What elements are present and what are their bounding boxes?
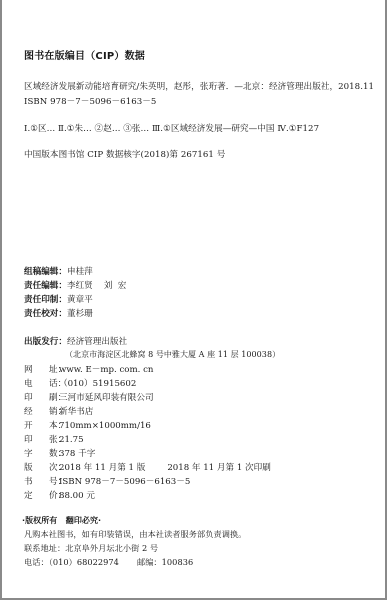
staff-value: 李红贤 刘 宏 xyxy=(67,281,126,291)
info-website: 网址：www. E－mp. com. cn xyxy=(24,363,153,375)
info-key: 书 xyxy=(24,475,49,487)
info-value: 2018 年 11 月第 1 版 xyxy=(59,463,145,473)
info-sheets: 印张：21.75 xyxy=(24,433,84,445)
publisher-label: 出版发行： xyxy=(24,337,67,347)
cip-catalog-number: 中国版本图书馆 CIP 数据核字(2018)第 267161 号 xyxy=(24,148,225,160)
info-printer: 印刷：三河市延风印装有限公司 xyxy=(24,391,154,403)
info-value: （010）51915602 xyxy=(59,379,136,389)
info-key: 址： xyxy=(49,363,59,375)
info-key: 定 xyxy=(24,489,49,501)
info-value: 21.75 xyxy=(59,435,84,445)
info-key: 印 xyxy=(24,391,49,403)
copyright-page: 图书在版编目（CIP）数据 区域经济发展新动能培育研究/朱英明，赵彤，张珩著．—… xyxy=(0,0,387,600)
info-key: 开 xyxy=(24,419,49,431)
info-phone: 电话：（010）51915602 xyxy=(24,377,136,389)
staff-label: 责任编辑： xyxy=(24,281,67,291)
contact-phone-postcode: 电话：（010）68022974邮编：100836 xyxy=(24,557,193,568)
info-key: 张： xyxy=(49,433,59,445)
info-value: 88.00 元 xyxy=(59,491,95,501)
info-key: 销： xyxy=(49,405,59,417)
info-distributor: 经销：新华书店 xyxy=(24,405,93,417)
info-isbn: 书号：ISBN 978－7－5096－6163－5 xyxy=(24,475,190,487)
staff-acquisition-editor: 组稿编辑：申桂萍 xyxy=(24,265,93,277)
info-value: ISBN 978－7－5096－6163－5 xyxy=(59,477,190,487)
staff-label: 责任校对： xyxy=(24,309,67,319)
staff-value: 黄章平 xyxy=(67,295,93,305)
contact-address: 联系地址：北京阜外月坛北小街 2 号 xyxy=(24,543,158,554)
staff-label: 责任印制： xyxy=(24,295,67,305)
info-key: 号： xyxy=(49,475,59,487)
cip-title: 图书在版编目（CIP）数据 xyxy=(24,47,145,62)
info-key: 次： xyxy=(49,461,59,473)
staff-print-supervisor: 责任印制：黄章平 xyxy=(24,293,93,305)
publisher-name: 经济管理出版社 xyxy=(67,337,127,347)
copyright-heading: ·版权所有 翻印必究· xyxy=(22,515,101,526)
info-key: 版 xyxy=(24,461,49,473)
info-key: 印 xyxy=(24,433,49,445)
info-edition: 版次：2018 年 11 月第 1 版2018 年 11 月第 1 次印刷 xyxy=(24,461,271,473)
staff-responsible-editor: 责任编辑：李红贤 刘 宏 xyxy=(24,279,126,291)
publisher: 出版发行：经济管理出版社 xyxy=(24,335,127,347)
info-key: 网 xyxy=(24,363,49,375)
contact-phone: 电话：（010）68022974 xyxy=(24,557,119,567)
staff-label: 组稿编辑： xyxy=(24,267,67,277)
copyright-notice: 凡购本社图书，如有印装错误，由本社读者服务部负责调换。 xyxy=(24,529,246,540)
info-key: 经 xyxy=(24,405,49,417)
info-key: 话： xyxy=(49,377,59,389)
staff-value: 申桂萍 xyxy=(67,267,93,277)
info-value: 三河市延风印装有限公司 xyxy=(59,393,154,403)
info-key: 价： xyxy=(49,489,59,501)
info-key: 刷： xyxy=(49,391,59,403)
info-key: 本： xyxy=(49,419,59,431)
contact-postcode: 邮编：100836 xyxy=(137,557,193,567)
info-price: 定价：88.00 元 xyxy=(24,489,95,501)
info-key: 电 xyxy=(24,377,49,389)
publisher-address: （北京市海淀区北蜂窝 8 号中雅大厦 A 座 11 层 100038） xyxy=(65,349,280,360)
staff-value: 董杉珊 xyxy=(67,309,93,319)
info-word-count: 字数：378 千字 xyxy=(24,447,95,459)
cip-citation: 区域经济发展新动能培育研究/朱英明，赵彤，张珩著．—北京：经济管理出版社，201… xyxy=(24,80,374,92)
info-value-printing: 2018 年 11 月第 1 次印刷 xyxy=(167,463,271,473)
info-value: www. E－mp. com. cn xyxy=(59,365,153,375)
info-format: 开本：710mm×1000mm/16 xyxy=(24,419,151,431)
info-value: 378 千字 xyxy=(59,449,95,459)
info-key: 字 xyxy=(24,447,49,459)
info-key: 数： xyxy=(49,447,59,459)
staff-proofreader: 责任校对：董杉珊 xyxy=(24,307,93,319)
cip-subjects: Ⅰ.①区… Ⅱ.①朱… ②赵… ③张… Ⅲ.①区域经济发展—研究—中国 Ⅳ.①F… xyxy=(24,122,319,134)
info-value: 新华书店 xyxy=(59,407,93,417)
cip-isbn: ISBN 978－7－5096－6163－5 xyxy=(24,95,156,107)
info-value: 710mm×1000mm/16 xyxy=(59,421,151,431)
